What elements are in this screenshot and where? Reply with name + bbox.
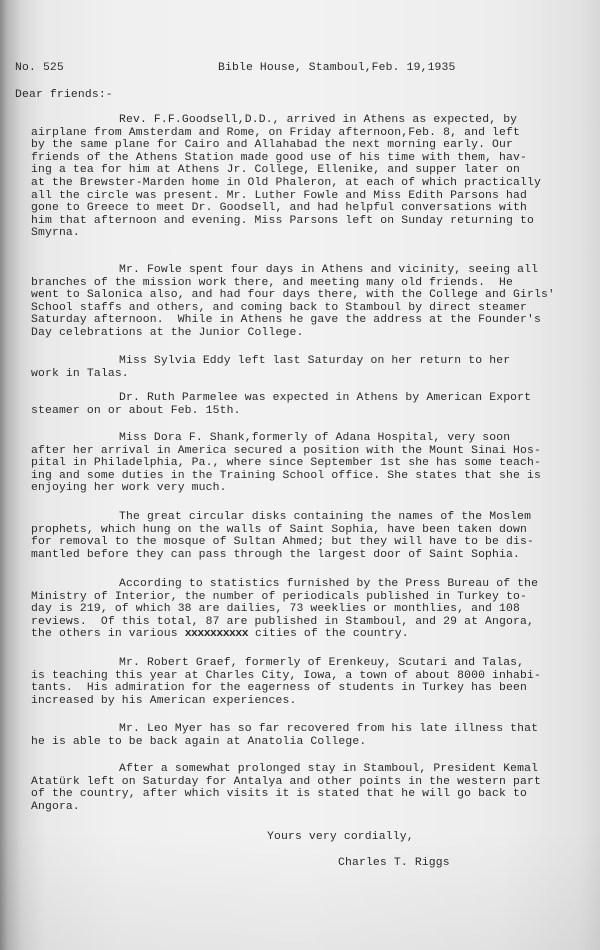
paragraph-fowle-athens: Mr. Fowle spent four days in Athens and …	[31, 264, 579, 340]
signature: Charles T. Riggs	[338, 857, 450, 870]
paragraph-ataturk-travel: After a somewhat prolonged stay in Stamb…	[31, 763, 579, 813]
text-line: reviews. Of this total, 87 are published…	[31, 616, 579, 629]
text-line: Rev. F.F.Goodsell,D.D., arrived in Athen…	[119, 114, 517, 126]
letter-number: No. 525	[15, 62, 64, 75]
text-line: branches of the mission work there, and …	[31, 277, 579, 290]
text-line: Miss Dora F. Shank,formerly of Adana Hos…	[119, 432, 510, 444]
text-line: gone to Greece to meet Dr. Goodsell, and…	[31, 202, 579, 215]
closing: Yours very cordially,	[267, 831, 414, 844]
paragraph-saint-sophia-disks: The great circular disks containing the …	[31, 511, 579, 561]
text-line: Smyrna.	[31, 227, 579, 240]
letter-page: No. 525 Bible House, Stamboul,Feb. 19,19…	[0, 0, 600, 950]
salutation: Dear friends:-	[15, 89, 113, 102]
text-line: The great circular disks containing the …	[119, 511, 531, 523]
text-line: the others in various	[31, 628, 185, 640]
paragraph-goodsell-visit: Rev. F.F.Goodsell,D.D., arrived in Athen…	[31, 114, 579, 240]
text-line: enjoying her work very much.	[31, 482, 579, 495]
text-line: School staffs and others, and coming bac…	[31, 302, 579, 315]
text-line: at the Brewster-Marden home in Old Phale…	[31, 177, 579, 190]
text-line: Mr. Fowle spent four days in Athens and …	[119, 264, 538, 276]
text-line: all the circle was present. Mr. Luther F…	[31, 190, 579, 203]
text-line: Saturday afternoon. While in Athens he g…	[31, 314, 579, 327]
paragraph-periodicals-statistics: According to statistics furnished by the…	[31, 578, 579, 641]
paragraph-myer-recovery: Mr. Leo Myer has so far recovered from h…	[31, 723, 579, 748]
text-line: him that afternoon and evening. Miss Par…	[31, 215, 579, 228]
text-line: steamer on or about Feb. 15th.	[31, 405, 579, 418]
text-line: increased by his American experiences.	[31, 695, 579, 708]
text-line: cities of the country.	[248, 628, 409, 640]
scan-shading	[0, 830, 600, 950]
text-line: by the same plane for Cairo and Allahaba…	[31, 139, 579, 152]
text-line: Ministry of Interior, the number of peri…	[31, 591, 579, 604]
text-line: Miss Sylvia Eddy left last Saturday on h…	[119, 355, 510, 367]
text-line: went to Salonica also, and had four days…	[31, 289, 579, 302]
text-line: tants. His admiration for the eagerness …	[31, 682, 579, 695]
text-line: day is 219, of which 38 are dailies, 73 …	[31, 603, 579, 616]
text-line: ing and some duties in the Training Scho…	[31, 470, 579, 483]
text-line: friends of the Athens Station made good …	[31, 152, 579, 165]
paragraph-shank-philadelphia: Miss Dora F. Shank,formerly of Adana Hos…	[31, 432, 579, 495]
dateline: Bible House, Stamboul,Feb. 19,1935	[218, 62, 456, 75]
text-line: for removal to the mosque of Sultan Ahme…	[31, 536, 579, 549]
text-line: After a somewhat prolonged stay in Stamb…	[119, 763, 538, 775]
paragraph-graef-iowa: Mr. Robert Graef, formerly of Erenkeuy, …	[31, 657, 579, 707]
text-line: According to statistics furnished by the…	[119, 578, 538, 590]
text-line: work in Talas.	[31, 368, 579, 381]
text-line: pital in Philadelphia, Pa., where since …	[31, 457, 579, 470]
struck-out-text: xxxxxxxxxx	[185, 628, 248, 640]
text-line: Day celebrations at the Junior College.	[31, 327, 579, 340]
text-line: airplane from Amsterdam and Rome, on Fri…	[31, 127, 579, 140]
text-line: is teaching this year at Charles City, I…	[31, 670, 579, 683]
text-line: Dr. Ruth Parmelee was expected in Athens…	[119, 392, 531, 404]
text-line: after her arrival in America secured a p…	[31, 445, 579, 458]
text-line: he is able to be back again at Anatolia …	[31, 736, 579, 749]
text-line: prophets, which hung on the walls of Sai…	[31, 524, 579, 537]
text-line: Mr. Leo Myer has so far recovered from h…	[119, 723, 538, 735]
paragraph-eddy-talas: Miss Sylvia Eddy left last Saturday on h…	[31, 355, 579, 380]
text-line: Angora.	[31, 801, 579, 814]
text-line: of the country, after which visits it is…	[31, 788, 579, 801]
text-line: mantled before they can pass through the…	[31, 549, 579, 562]
text-line: Mr. Robert Graef, formerly of Erenkeuy, …	[119, 657, 524, 669]
text-line: ing a tea for him at Athens Jr. College,…	[31, 164, 579, 177]
text-line: Atatürk left on Saturday for Antalya and…	[31, 776, 579, 789]
paragraph-parmelee: Dr. Ruth Parmelee was expected in Athens…	[31, 392, 579, 417]
